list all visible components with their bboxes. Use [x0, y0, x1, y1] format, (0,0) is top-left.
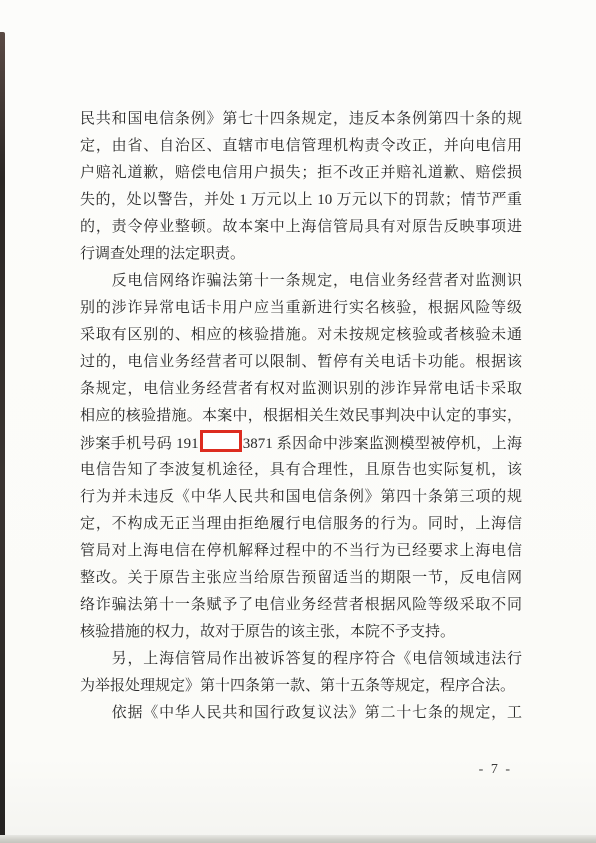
text-line: 为举报处理规定》第十四条第一款、第十五条等规定，程序合法。	[80, 673, 522, 700]
text-segment: 3871 系因命中涉案监测模型被停机，上海	[243, 436, 522, 452]
text-segment: 涉案手机号码 191	[80, 436, 199, 452]
text-line: 采取有区别的、相应的核验措施。对未按规定核验或者核验未通	[80, 322, 522, 349]
text-line: 相应的核验措施。本案中，根据相关生效民事判决中认定的事实，	[80, 403, 522, 430]
text-line: 涉案手机号码 1913871 系因命中涉案监测模型被停机，上海	[80, 430, 522, 457]
phone-number-redaction-box	[200, 430, 242, 452]
text-line: 民共和国电信条例》第七十四条规定，违反本条例第四十条的规	[80, 106, 522, 133]
text-line: 户赔礼道歉，赔偿电信用户损失；拒不改正并赔礼道歉、赔偿损	[80, 160, 522, 187]
text-line: 定，由省、自治区、直辖市电信管理机构责令改正，并向电信用	[80, 133, 522, 160]
text-line: 定，不构成无正当理由拒绝履行电信服务的行为。同时，上海信	[80, 511, 522, 538]
scan-edge-shadow-bottom	[0, 835, 596, 843]
text-line: 的，责令停业整顿。故本案中上海信管局具有对原告反映事项进	[80, 214, 522, 241]
text-line: 整改。关于原告主张应当给原告预留适当的期限一节，反电信网	[80, 565, 522, 592]
text-line: 依据《中华人民共和国行政复议法》第二十七条的规定，工	[80, 700, 522, 727]
text-line: 电信告知了李波复机途径，具有合理性，且原告也实际复机，该	[80, 457, 522, 484]
scanned-page: 民共和国电信条例》第七十四条规定，违反本条例第四十条的规定，由省、自治区、直辖市…	[0, 0, 596, 843]
text-line: 过的，电信业务经营者可以限制、暂停有关电话卡功能。根据该	[80, 349, 522, 376]
text-line: 失的，处以警告，并处 1 万元以上 10 万元以下的罚款；情节严重	[80, 187, 522, 214]
text-line: 行调查处理的法定职责。	[80, 241, 522, 268]
text-line: 别的涉诈异常电话卡用户应当重新进行实名核验，根据风险等级	[80, 295, 522, 322]
text-line: 行为并未违反《中华人民共和国电信条例》第四十条第三项的规	[80, 484, 522, 511]
text-line: 核验措施的权力，故对于原告的该主张，本院不予支持。	[80, 619, 522, 646]
judgment-text-block: 民共和国电信条例》第七十四条规定，违反本条例第四十条的规定，由省、自治区、直辖市…	[80, 106, 522, 727]
text-line: 条规定，电信业务经营者有权对监测识别的涉诈异常电话卡采取	[80, 376, 522, 403]
text-line: 另，上海信管局作出被诉答复的程序符合《电信领域违法行	[80, 646, 522, 673]
text-line: 反电信网络诈骗法第十一条规定，电信业务经营者对监测识	[80, 268, 522, 295]
text-line: 管局对上海电信在停机解释过程中的不当行为已经要求上海电信	[80, 538, 522, 565]
scan-edge-shadow-left	[0, 32, 5, 843]
text-line: 络诈骗法第十一条赋予了电信业务经营者根据风险等级采取不同	[80, 592, 522, 619]
page-number: - 7 -	[479, 762, 512, 778]
